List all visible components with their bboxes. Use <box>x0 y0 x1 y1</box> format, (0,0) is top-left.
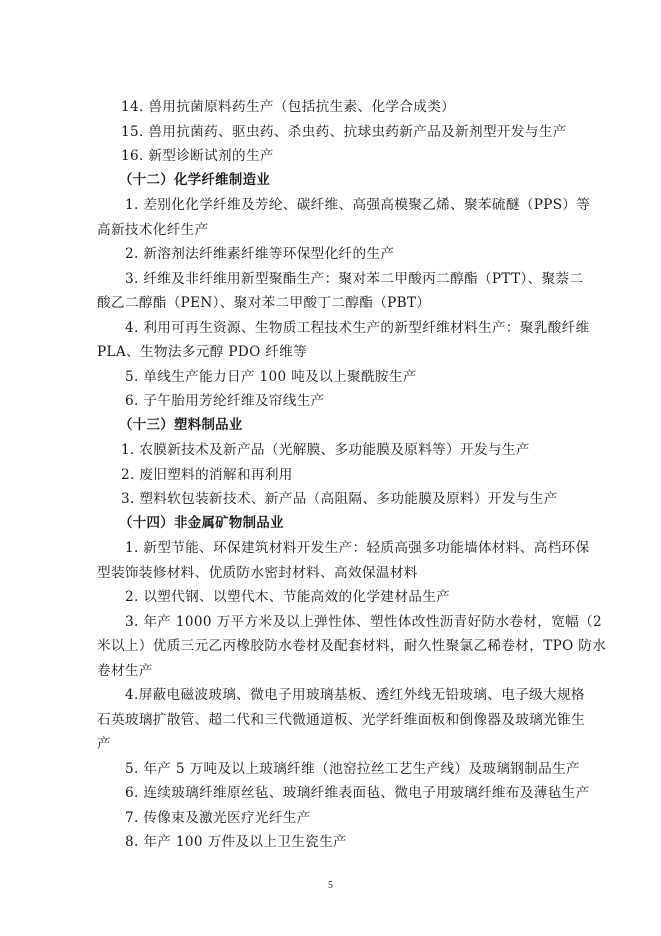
list-item: 3. 年产 1000 万平方米及以上弹性体、塑性体改性沥青好防水卷材，宽幅（2 <box>97 610 569 635</box>
list-item: 2. 新溶剂法纤维素纤维等环保型化纤的生产 <box>97 242 569 267</box>
document-body: 14. 兽用抗菌原料药生产（包括抗生素、化学合成类） 15. 兽用抗菌药、驱虫药… <box>97 95 569 855</box>
item-number: 14. <box>121 99 144 115</box>
list-item: 1. 新型节能、环保建筑材料开发生产：轻质高强多功能墙体材料、高档环保 <box>97 536 569 561</box>
section-heading-13: （十三）塑料制品业 <box>97 414 569 439</box>
list-item: 4. 利用可再生资源、生物质工程技术生产的新型纤维材料生产：聚乳酸纤维 <box>97 316 569 341</box>
list-item-continuation: 酸乙二醇酯（PEN）、聚对苯二甲酸丁二醇酯（PBT） <box>97 291 569 316</box>
list-item: 14. 兽用抗菌原料药生产（包括抗生素、化学合成类） <box>97 95 569 120</box>
list-item-continuation: 产 <box>97 732 569 757</box>
list-item: 16. 新型诊断试剂的生产 <box>97 144 569 169</box>
item-number: 15. <box>121 124 144 140</box>
list-item-continuation: 型装饰装修材料、优质防水密封材料、高效保温材料 <box>97 561 569 586</box>
list-item: 6. 子午胎用芳纶纤维及帘线生产 <box>97 389 569 414</box>
list-item: 6. 连续玻璃纤维原丝毡、玻璃纤维表面毡、微电子用玻璃纤维布及薄毡生产 <box>97 781 569 806</box>
list-item-continuation: 卷材生产 <box>97 659 569 684</box>
page-number: 5 <box>0 880 661 891</box>
list-item: 5. 单线生产能力日产 100 吨及以上聚酰胺生产 <box>97 365 569 390</box>
list-item: 2. 以塑代钢、以塑代木、节能高效的化学建材品生产 <box>97 585 569 610</box>
list-item: 3. 塑料软包装新技术、新产品（高阻隔、多功能膜及原料）开发与生产 <box>97 487 569 512</box>
list-item-continuation: PLA、生物法多元醇 PDO 纤维等 <box>97 340 569 365</box>
list-item: 15. 兽用抗菌药、驱虫药、杀虫药、抗球虫药新产品及新剂型开发与生产 <box>97 120 569 145</box>
list-item: 8. 年产 100 万件及以上卫生瓷生产 <box>97 830 569 855</box>
document-page: 14. 兽用抗菌原料药生产（包括抗生素、化学合成类） 15. 兽用抗菌药、驱虫药… <box>0 0 661 936</box>
list-item-continuation: 石英玻璃扩散管、超二代和三代微通道板、光学纤维面板和倒像器及玻璃光锥生 <box>97 708 569 733</box>
item-text: 兽用抗菌药、驱虫药、杀虫药、抗球虫药新产品及新剂型开发与生产 <box>148 124 566 140</box>
list-item: 4.屏蔽电磁波玻璃、微电子用玻璃基板、透红外线无铅玻璃、电子级大规格 <box>97 683 569 708</box>
list-item: 1. 差别化化学纤维及芳纶、碳纤维、高强高模聚乙烯、聚苯硫醚（PPS）等 <box>97 193 569 218</box>
item-text: 兽用抗菌原料药生产（包括抗生素、化学合成类） <box>148 99 455 115</box>
item-text: 新型诊断试剂的生产 <box>148 148 274 164</box>
item-number: 16. <box>121 148 144 164</box>
list-item-continuation: 高新技术化纤生产 <box>97 218 569 243</box>
section-heading-14: （十四）非金属矿物制品业 <box>97 512 569 537</box>
section-heading-12: （十二）化学纤维制造业 <box>97 169 569 194</box>
list-item: 5. 年产 5 万吨及以上玻璃纤维（池窑拉丝工艺生产线）及玻璃钢制品生产 <box>97 757 569 782</box>
list-item: 3. 纤维及非纤维用新型聚酯生产：聚对苯二甲酸丙二醇酯（PTT）、聚萘二 <box>97 267 569 292</box>
list-item-continuation: 米以上）优质三元乙丙橡胶防水卷材及配套材料，耐久性聚氯乙稀卷材，TPO 防水 <box>97 634 569 659</box>
list-item: 2. 废旧塑料的消解和再利用 <box>97 463 569 488</box>
list-item: 7. 传像束及激光医疗光纤生产 <box>97 806 569 831</box>
list-item: 1. 农膜新技术及新产品（光解膜、多功能膜及原料等）开发与生产 <box>97 438 569 463</box>
